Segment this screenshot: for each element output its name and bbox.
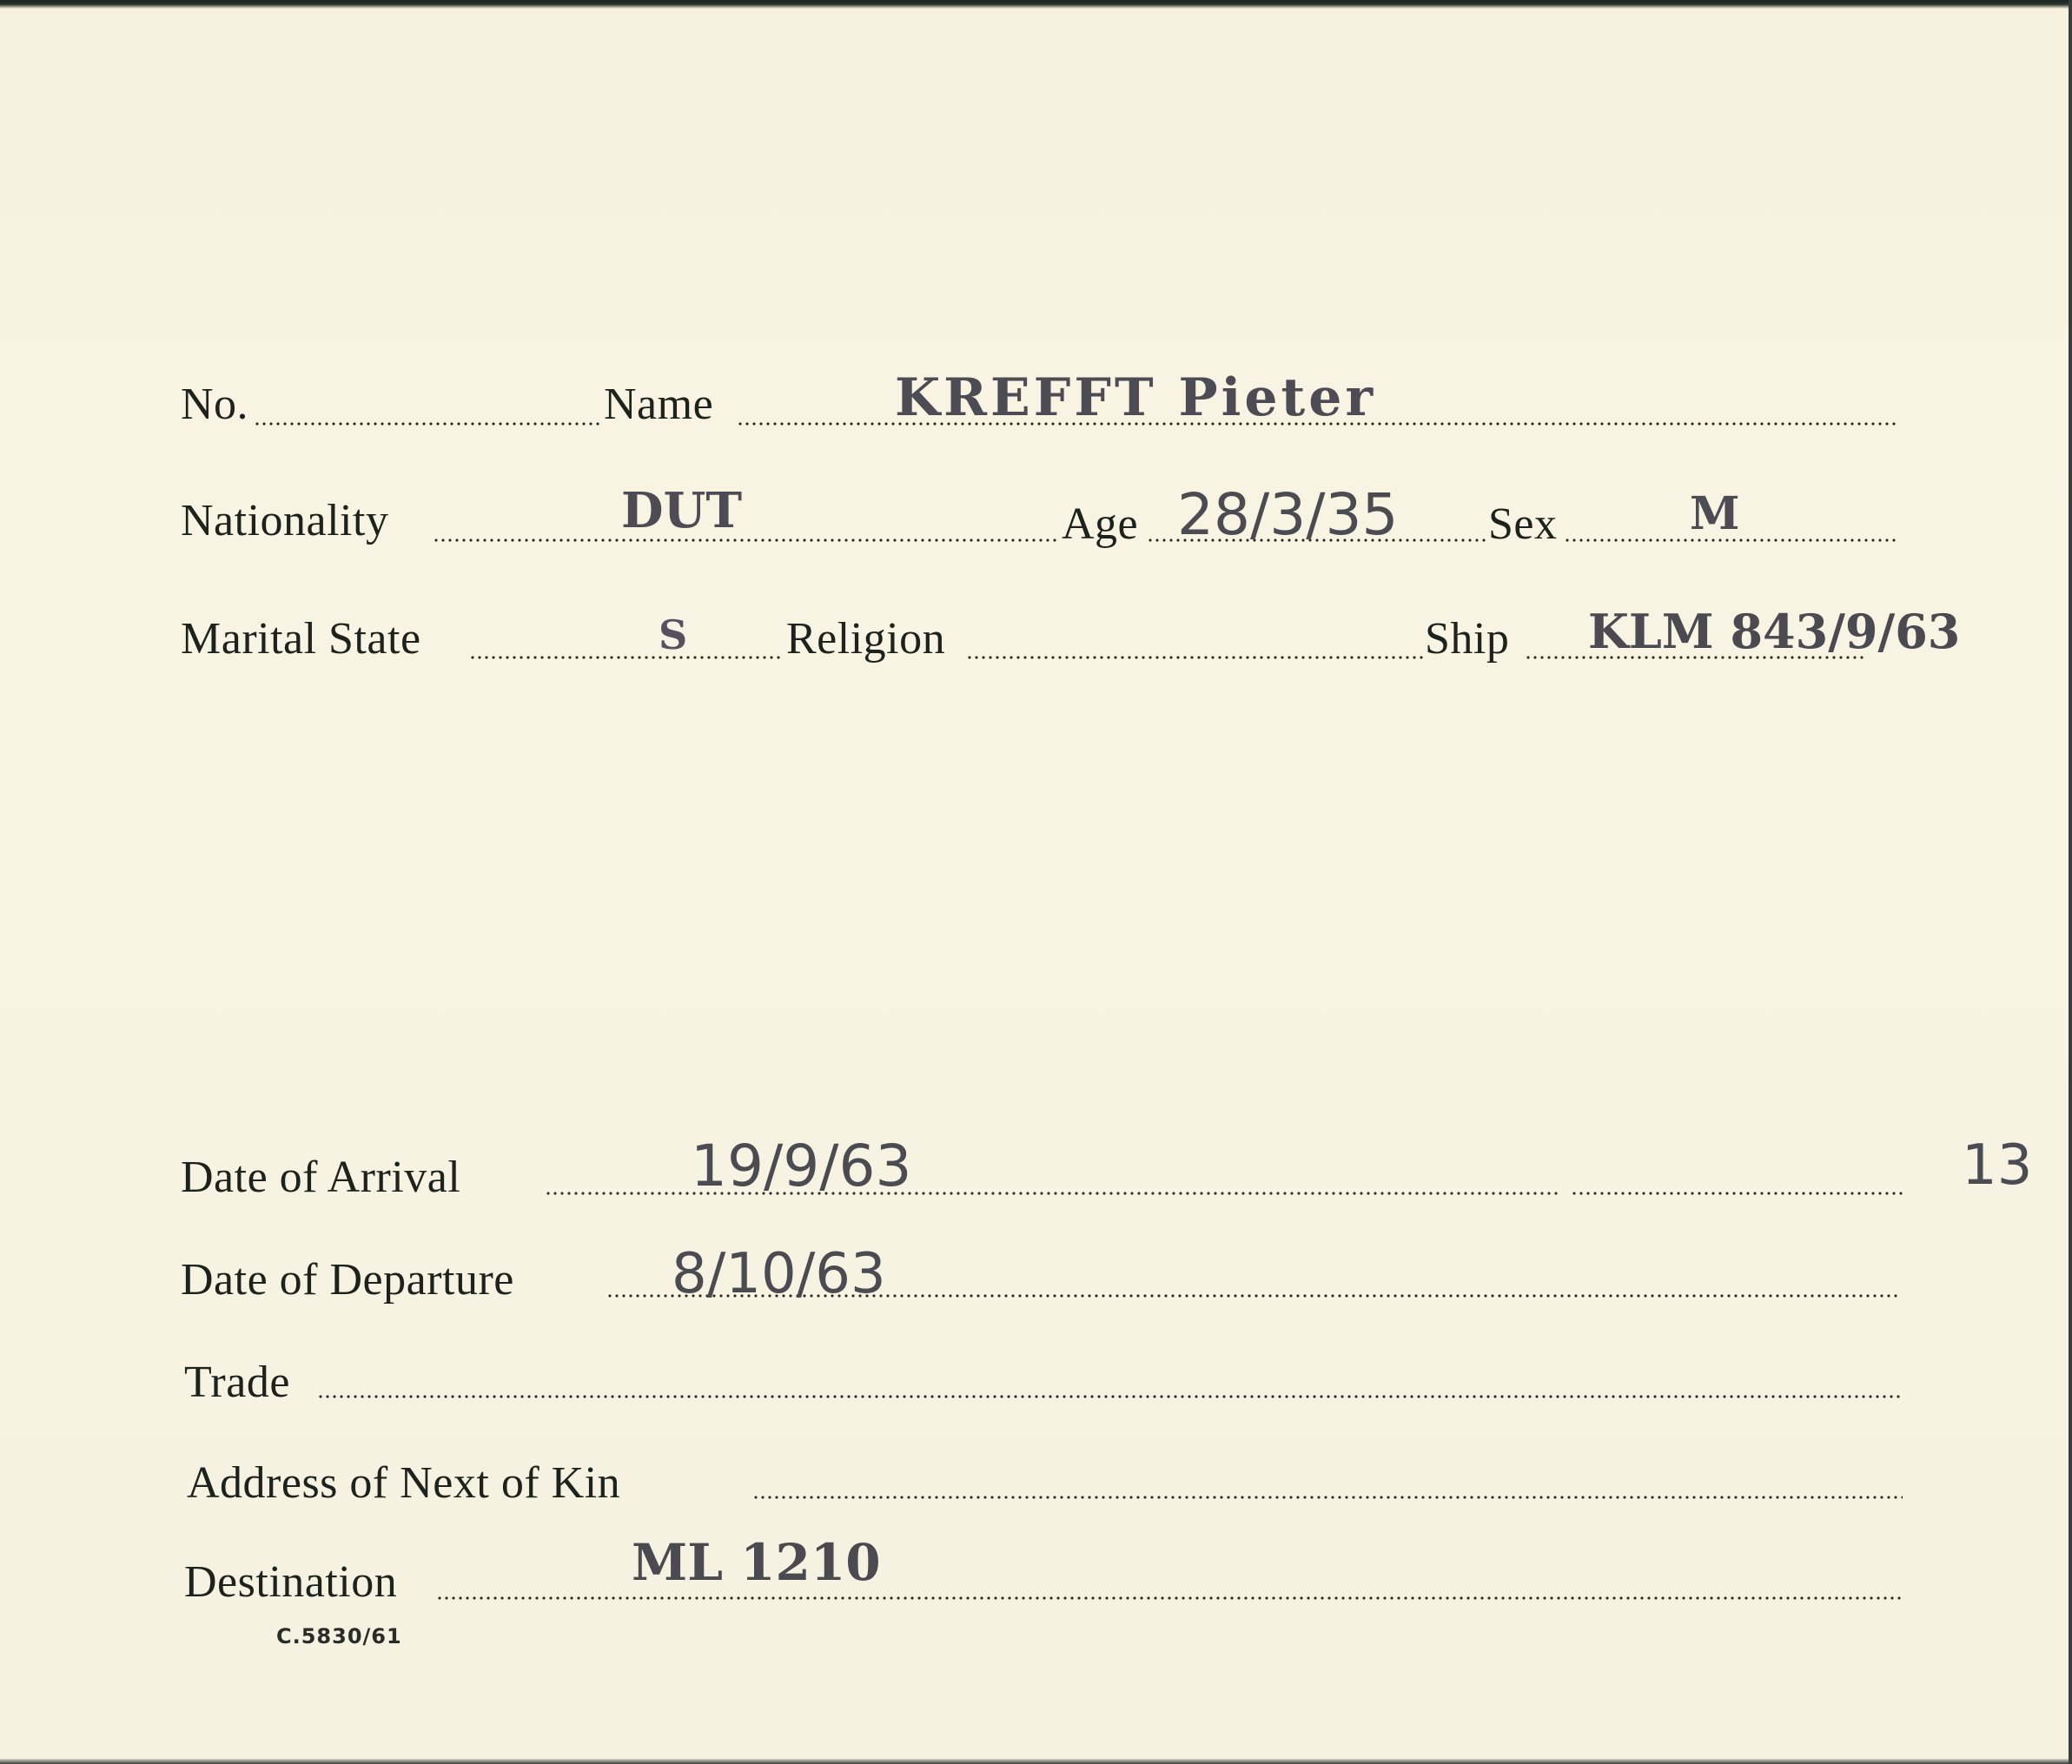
card-top-edge (0, 0, 2072, 9)
ship-value-text: KLM 843/9/63 (1588, 604, 1960, 659)
religion-label: Religion (786, 617, 945, 662)
date-of-departure-label: Date of Departure (181, 1258, 514, 1303)
date-of-arrival-dotted-line-2 (1571, 1192, 1905, 1195)
form-code: C.5830/61 (276, 1624, 402, 1648)
corner-number: 13 (1962, 1138, 2032, 1193)
nationality-label: Nationality (181, 499, 388, 544)
nationality-field-dotted-line (433, 538, 1060, 542)
address-next-of-kin-dotted-line (752, 1496, 1903, 1499)
registration-card: No. Name KREFFT Pieter Nationality DUT A… (0, 0, 2072, 1764)
ship-label: Ship (1425, 617, 1509, 662)
card-right-edge (2069, 0, 2072, 1764)
destination-value: ML 1210 (632, 1537, 881, 1593)
marital-state-field-dotted-line (469, 656, 784, 659)
date-of-arrival-label: Date of Arrival (181, 1155, 460, 1200)
address-next-of-kin-label: Address of Next of Kin (187, 1461, 620, 1506)
name-value: KREFFT Pieter (895, 372, 1376, 424)
age-value: 28/3/35 (1177, 486, 1398, 544)
name-label: Name (604, 382, 713, 427)
sex-label: Sex (1488, 502, 1558, 547)
marital-state-label: Marital State (181, 617, 421, 662)
marital-state-value: S (659, 615, 687, 655)
ship-value: KLM 843/9/63 (1588, 608, 1960, 661)
no-field-dotted-line (254, 422, 601, 426)
no-label: No. (181, 382, 248, 427)
nationality-value: DUT (621, 486, 742, 535)
trade-label: Trade (184, 1360, 290, 1405)
destination-value-text: ML 1210 (632, 1533, 881, 1592)
destination-label: Destination (184, 1560, 397, 1605)
destination-dotted-line (436, 1596, 1903, 1600)
card-bottom-edge (0, 1759, 2072, 1764)
date-of-departure-value: 8/10/63 (672, 1246, 886, 1302)
date-of-arrival-value: 19/9/63 (691, 1138, 911, 1195)
trade-dotted-line (317, 1395, 1903, 1398)
religion-field-dotted-line (966, 656, 1423, 659)
age-label: Age (1062, 502, 1138, 547)
sex-value: M (1690, 492, 1740, 537)
